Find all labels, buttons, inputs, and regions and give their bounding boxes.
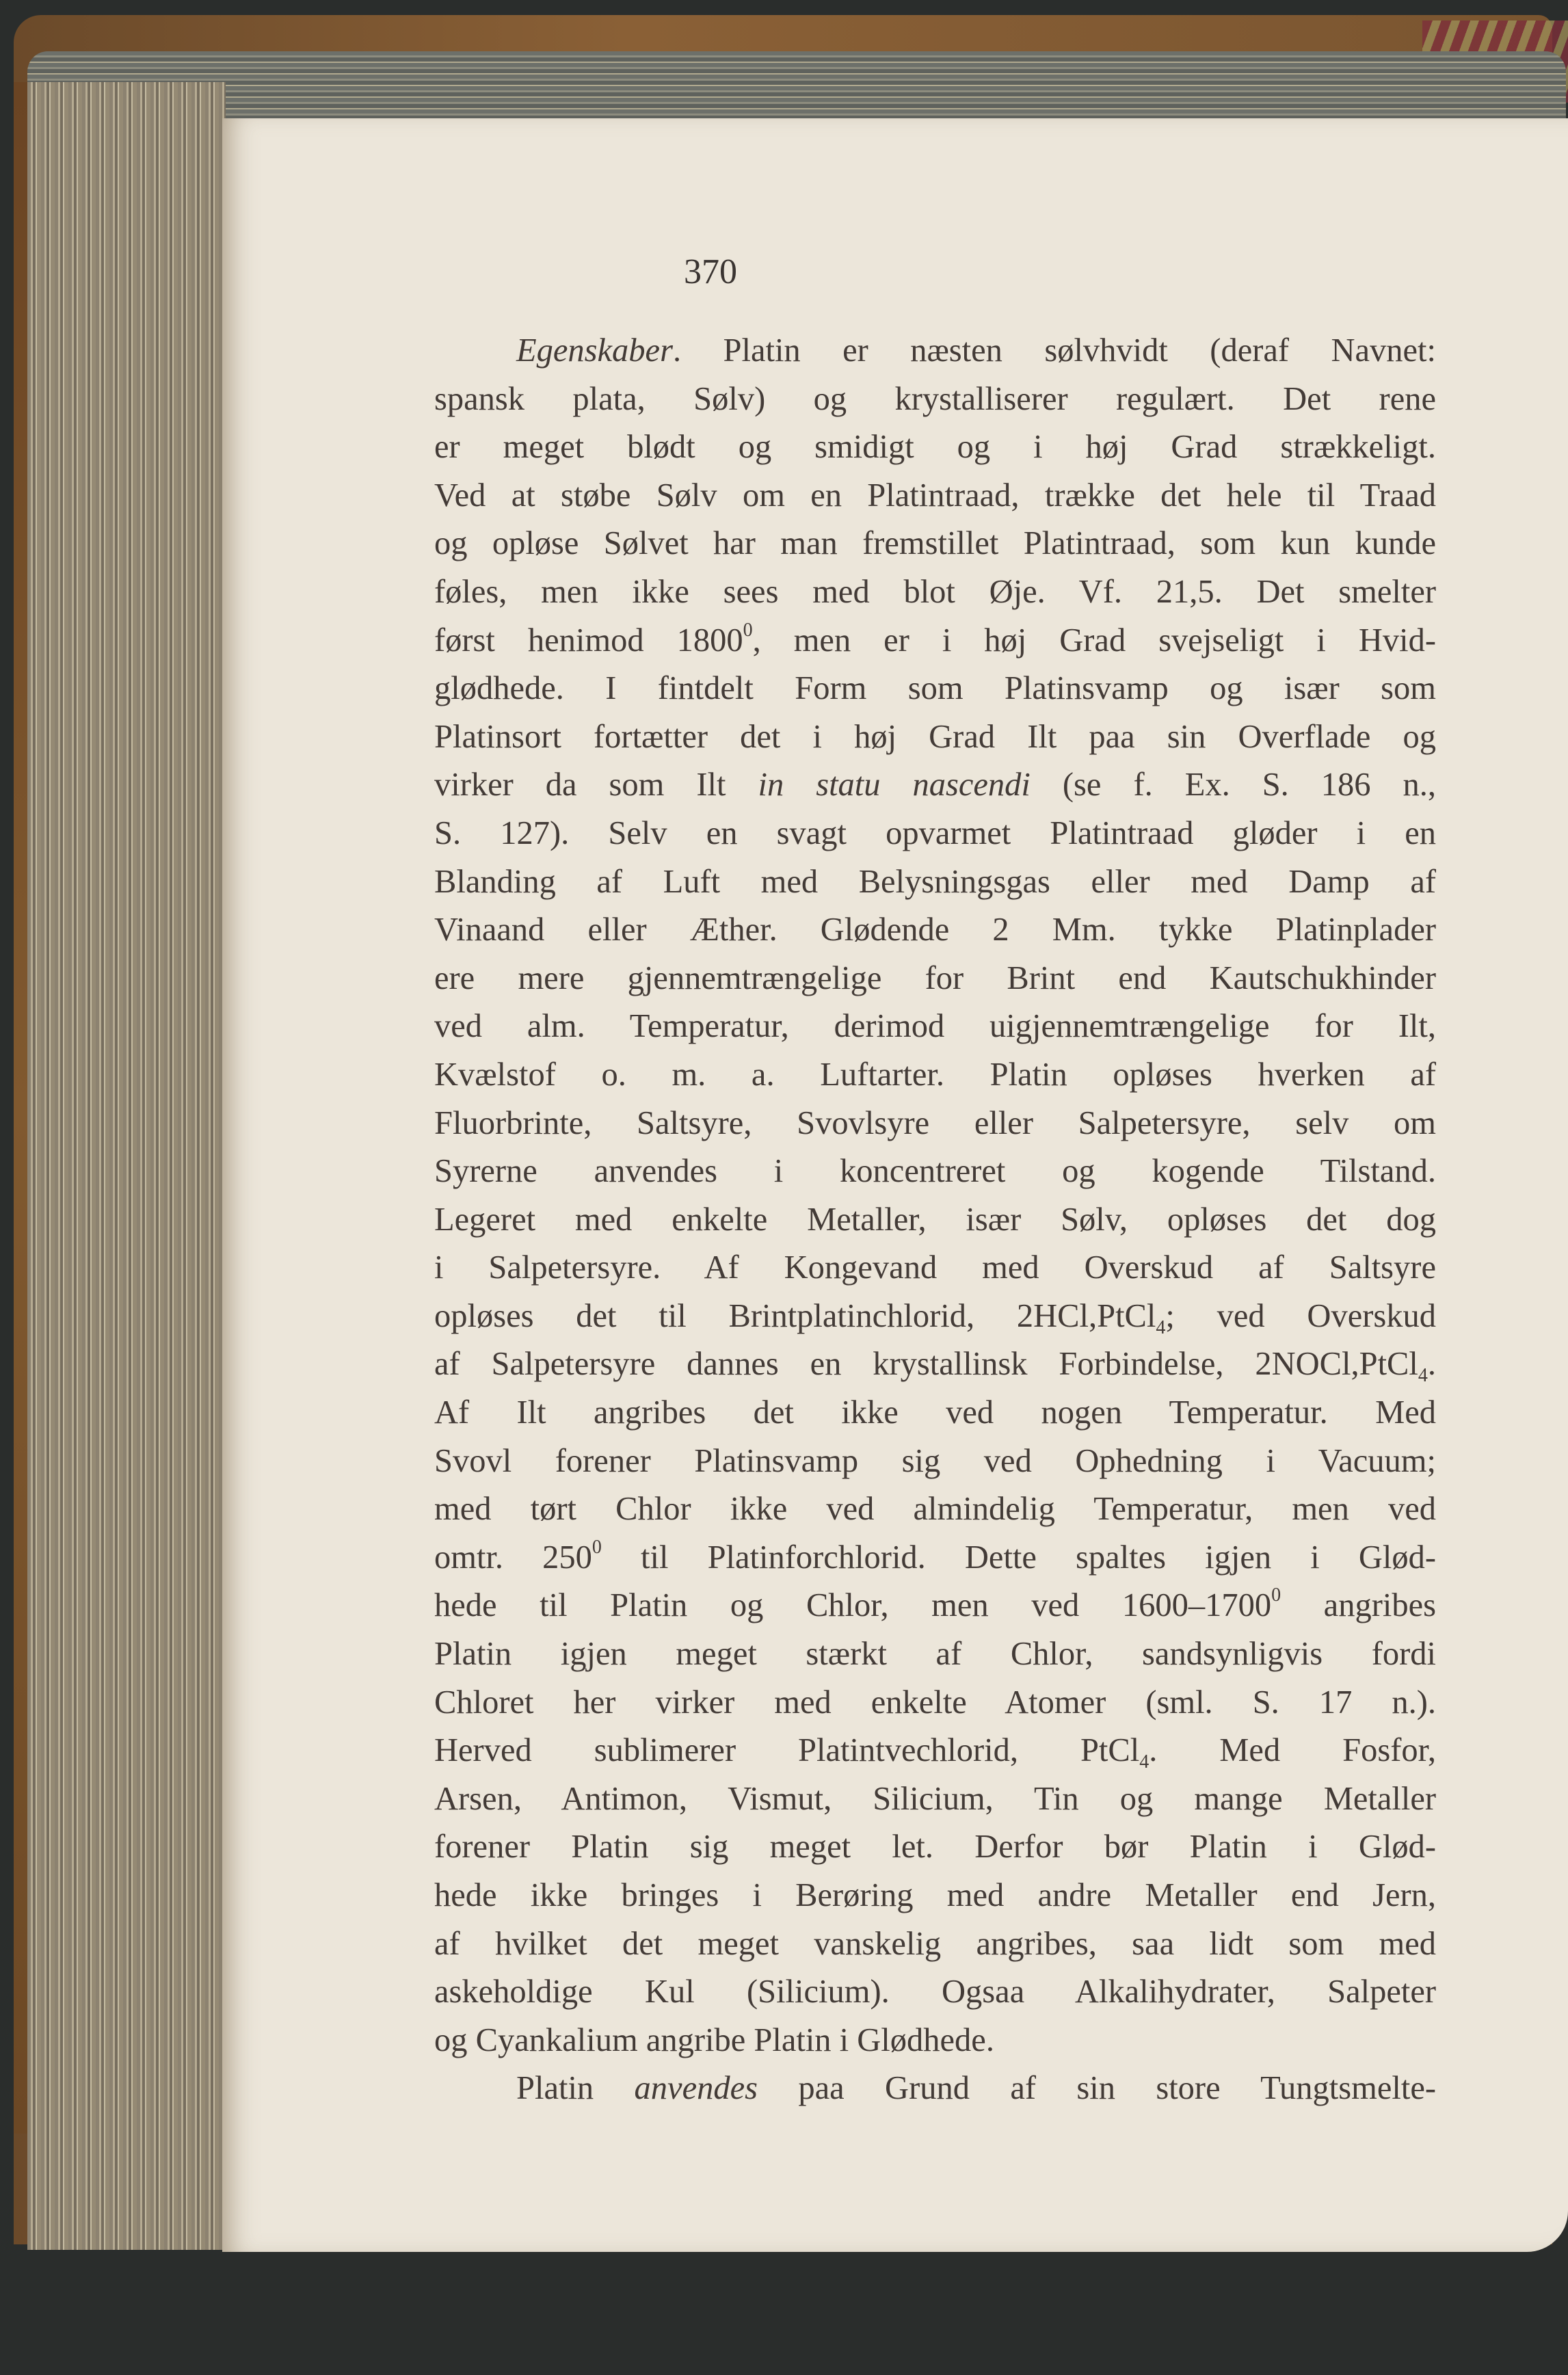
text-line: Egenskaber. Platin er næsten sølvhvidt (…: [434, 327, 1436, 375]
text-line: og opløse Sølvet har man fremstillet Pla…: [434, 520, 1436, 568]
text-line: er meget blødt og smidigt og i høj Grad …: [434, 423, 1436, 472]
text-line: Vinaand eller Æther. Glødende 2 Mm. tykk…: [434, 906, 1436, 955]
text-line: hede til Platin og Chlor, men ved 1600–1…: [434, 1582, 1436, 1630]
body-text: Egenskaber. Platin er næsten sølvhvidt (…: [434, 327, 1436, 2113]
text-line: Syrerne anvendes i koncentreret og kogen…: [434, 1147, 1436, 1196]
text-line: og Cyankalium angribe Platin i Glødhede.: [434, 2017, 1436, 2065]
text-line: Blanding af Luft med Belysningsgas eller…: [434, 858, 1436, 907]
text-line: omtr. 2500 til Platinforchlorid. Dette s…: [434, 1534, 1436, 1582]
text-line: ere mere gjennemtrængelige for Brint end…: [434, 955, 1436, 1003]
text-line: Chloret her virker med enkelte Atomer (s…: [434, 1679, 1436, 1727]
text-line: i Salpetersyre. Af Kongevand med Oversku…: [434, 1244, 1436, 1292]
text-line: opløses det til Brintplatinchlorid, 2HCl…: [434, 1292, 1436, 1341]
text-line: Ved at støbe Sølv om en Platintraad, træ…: [434, 472, 1436, 520]
text-line: glødhede. I fintdelt Form som Platinsvam…: [434, 665, 1436, 713]
book-page: 370 Egenskaber. Platin er næsten sølvhvi…: [222, 118, 1568, 2252]
text-line: af hvilket det meget vanskelig angribes,…: [434, 1920, 1436, 1969]
text-line: Arsen, Antimon, Vismut, Silicium, Tin og…: [434, 1775, 1436, 1824]
page-edges-top: [27, 51, 1566, 120]
text-line: Herved sublimerer Platintvechlorid, PtCl…: [434, 1727, 1436, 1775]
text-line: Fluorbrinte, Saltsyre, Svovlsyre eller S…: [434, 1100, 1436, 1148]
text-line: forener Platin sig meget let. Derfor bør…: [434, 1823, 1436, 1872]
text-line: først henimod 18000, men er i høj Grad s…: [434, 617, 1436, 665]
page-number: 370: [38, 252, 1383, 292]
text-line: ved alm. Temperatur, derimod uigjennemtr…: [434, 1003, 1436, 1051]
text-line: føles, men ikke sees med blot Øje. Vf. 2…: [434, 568, 1436, 617]
text-line: af Salpetersyre dannes en krystallinsk F…: [434, 1340, 1436, 1389]
text-line: askeholdige Kul (Silicium). Ogsaa Alkali…: [434, 1968, 1436, 2017]
text-line: Svovl forener Platinsvamp sig ved Ophedn…: [434, 1437, 1436, 1486]
text-line: Kvælstof o. m. a. Luftarter. Platin oplø…: [434, 1051, 1436, 1100]
text-line: Platin igjen meget stærkt af Chlor, sand…: [434, 1630, 1436, 1679]
text-line: virker da som Ilt in statu nascendi (se …: [434, 761, 1436, 810]
text-line: Legeret med enkelte Metaller, især Sølv,…: [434, 1196, 1436, 1245]
text-line: spansk plata, Sølv) og krystalliserer re…: [434, 375, 1436, 424]
text-line: med tørt Chlor ikke ved almindelig Tempe…: [434, 1485, 1436, 1534]
page-edges-left: [27, 82, 226, 2250]
text-line: Platinsort fortætter det i høj Grad Ilt …: [434, 713, 1436, 762]
text-line: Platin anvendes paa Grund af sin store T…: [434, 2065, 1436, 2113]
text-line: S. 127). Selv en svagt opvarmet Platintr…: [434, 810, 1436, 858]
text-line: hede ikke bringes i Berøring med andre M…: [434, 1872, 1436, 1920]
text-line: Af Ilt angribes det ikke ved nogen Tempe…: [434, 1389, 1436, 1437]
